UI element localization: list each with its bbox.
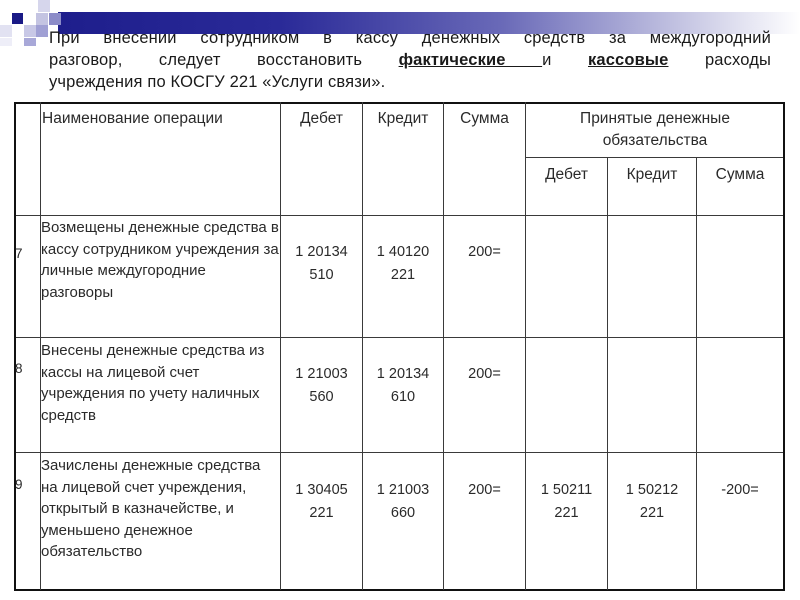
row-sum: 200= — [444, 479, 525, 502]
header-obligations-credit: Кредит — [608, 164, 696, 186]
table-line — [443, 102, 444, 590]
account-code: 1 50211 — [526, 479, 607, 502]
row-obligations-sum: -200= — [697, 479, 783, 502]
table-line — [696, 157, 697, 590]
account-code: 1 20134 — [363, 363, 443, 386]
account-kosgu: 660 — [363, 502, 443, 525]
account-code: 1 50212 — [608, 479, 696, 502]
row-debit: 1 30405221 — [281, 479, 362, 525]
operations-table: Наименование операции Дебет Кредит Сумма… — [0, 0, 800, 600]
account-kosgu: 610 — [363, 386, 443, 409]
row-credit: 1 20134610 — [363, 363, 443, 409]
row-obligations-debit: 1 50211221 — [526, 479, 607, 525]
row-credit: 1 40120221 — [363, 241, 443, 287]
header-credit: Кредит — [363, 108, 443, 130]
account-kosgu: 560 — [281, 386, 362, 409]
row-debit: 1 21003560 — [281, 363, 362, 409]
account-kosgu: 221 — [526, 502, 607, 525]
row-sum: 200= — [444, 241, 525, 264]
row-operation: Внесены денежные средства из кассы на ли… — [41, 340, 286, 426]
header-sum: Сумма — [444, 108, 525, 130]
row-credit: 1 21003660 — [363, 479, 443, 525]
row-sum: 200= — [444, 363, 525, 386]
row-operation: Возмещены денежные средства в кассу сотр… — [41, 217, 281, 303]
account-code: 1 30405 — [281, 479, 362, 502]
account-kosgu: 510 — [281, 264, 362, 287]
header-debit: Дебет — [281, 108, 362, 130]
table-line — [525, 157, 784, 158]
header-obligations-sum: Сумма — [697, 164, 783, 186]
header-obligations: Принятые денежные обязательства — [540, 108, 770, 152]
account-code: 1 20134 — [281, 241, 362, 264]
table-line — [14, 452, 784, 453]
table-border-left — [14, 102, 16, 591]
row-obligations-credit: 1 50212221 — [608, 479, 696, 525]
row-operation: Зачислены денежные средства на лицевой с… — [41, 455, 281, 563]
account-kosgu: 221 — [608, 502, 696, 525]
table-line — [14, 337, 784, 338]
account-code: 1 21003 — [281, 363, 362, 386]
table-border-bottom — [14, 589, 785, 591]
account-code: 1 40120 — [363, 241, 443, 264]
account-code: 1 21003 — [363, 479, 443, 502]
row-debit: 1 20134510 — [281, 241, 362, 287]
table-border-top — [14, 102, 785, 104]
row-number: 8 — [15, 361, 23, 376]
table-line — [607, 157, 608, 590]
row-number: 7 — [15, 246, 23, 261]
header-obligations-debit: Дебет — [526, 164, 607, 186]
row-number: 9 — [15, 477, 23, 492]
table-border-right — [783, 102, 785, 591]
account-kosgu: 221 — [363, 264, 443, 287]
table-line — [14, 215, 784, 216]
header-operation: Наименование операции — [42, 108, 278, 130]
account-kosgu: 221 — [281, 502, 362, 525]
